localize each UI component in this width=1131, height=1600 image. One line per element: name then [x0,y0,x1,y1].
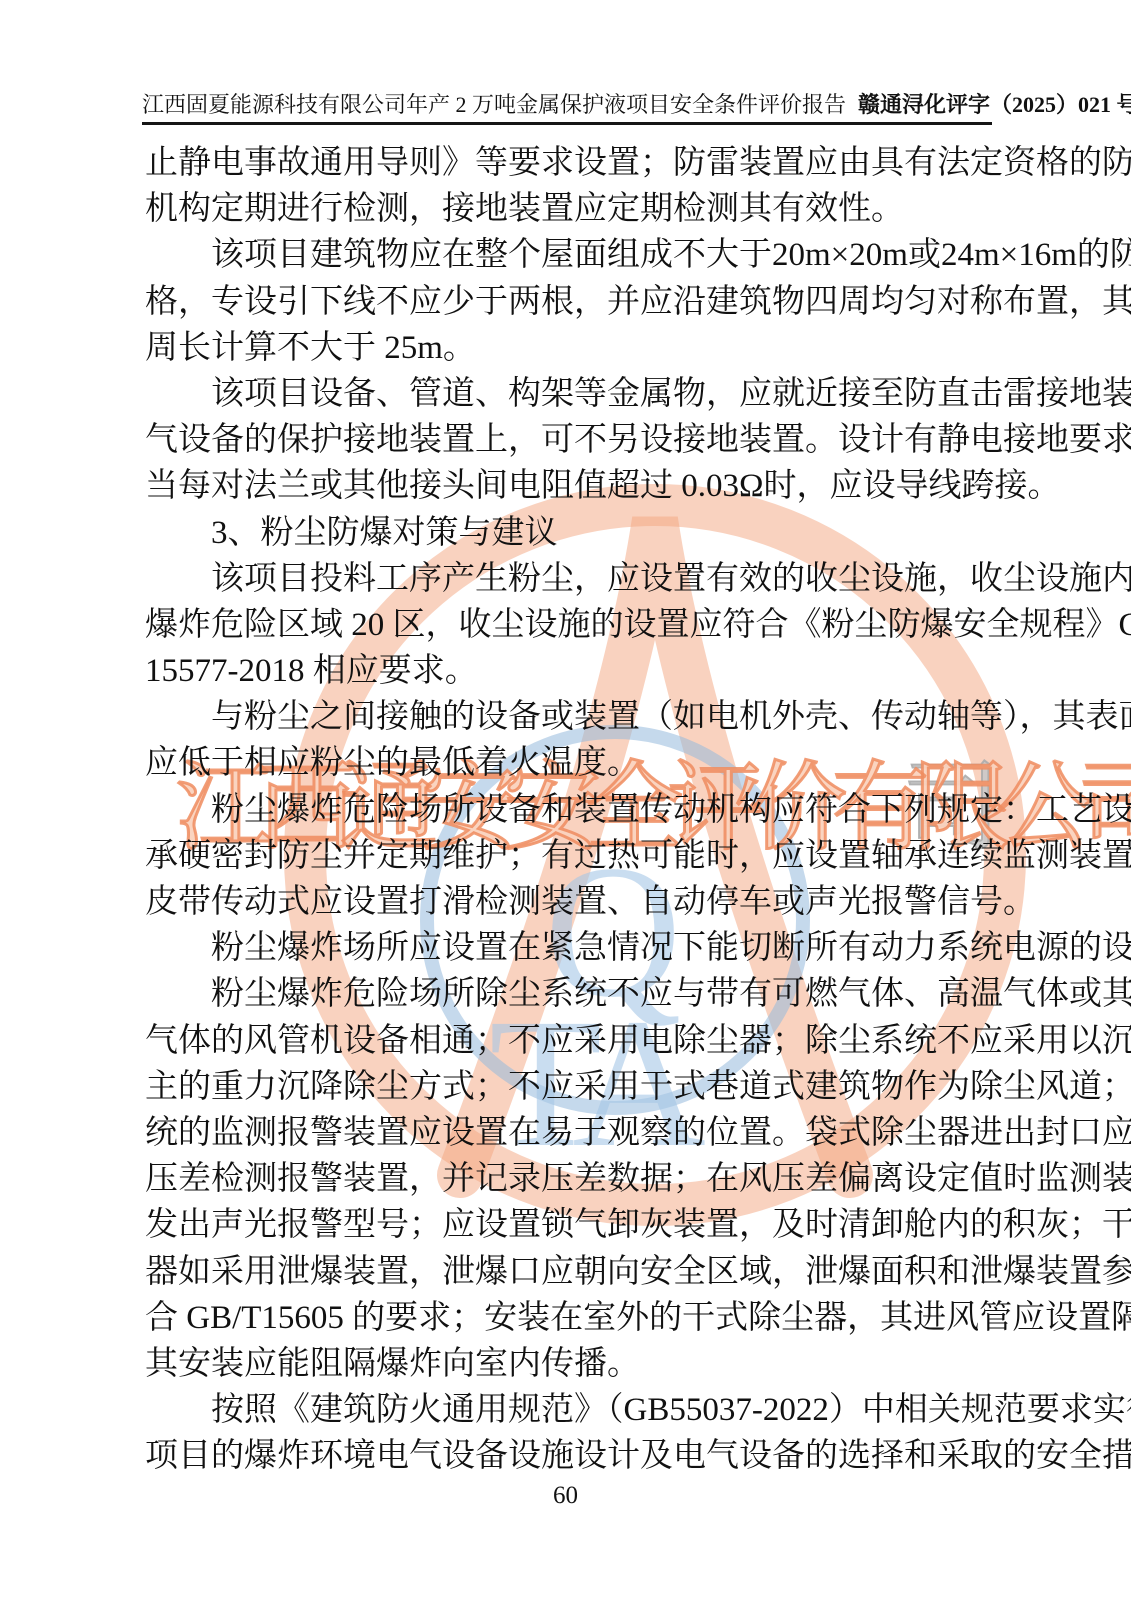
body-text-line: 发出声光报警型号；应设置锁气卸灰装置，及时清卸舱内的积灰；干式除尘 [145,1202,991,1248]
body-text-line: 粉尘爆炸危险场所除尘系统不应与带有可燃气体、高温气体或其他工业 [145,971,991,1017]
body-text-line: 主的重力沉降除尘方式；不应采用干式巷道式建筑物作为除尘风道；除尘系 [145,1064,991,1110]
body-text-line: 器如采用泄爆装置，泄爆口应朝向安全区域，泄爆面积和泄爆装置参数应符 [145,1249,991,1295]
body-text-line: 粉尘爆炸危险场所设备和装置传动机构应符合下列规定：工艺设备的轴 [145,787,991,833]
body-text-line: 该项目建筑物应在整个屋面组成不大于20m×20m或24m×16m的防雷网 [145,232,991,278]
body-text-line: 项目的爆炸环境电气设备设施设计及电气设备的选择和采取的安全措施拟 [145,1433,991,1479]
body-text-line: 机构定期进行检测，接地装置应定期检测其有效性。 [145,186,991,232]
body-text-line: 其安装应能阻隔爆炸向室内传播。 [145,1341,991,1387]
body-text-line: 格，专设引下线不应少于两根，并应沿建筑物四周均匀对称布置，其间距沿 [145,279,991,325]
body-text-line: 粉尘爆炸场所应设置在紧急情况下能切断所有动力系统电源的设施。 [145,925,991,971]
body-text-line: 15577-2018 相应要求。 [145,648,991,694]
body-text-line: 气设备的保护接地装置上，可不另设接地装置。设计有静电接地要求的管道， [145,417,991,463]
body-text-line: 按照《建筑防火通用规范》（GB55037-2022）中相关规范要求实行。该 [145,1387,991,1433]
document-number: 赣通浔化评字（2025）021 号 [858,92,1131,118]
body-text-line: 承硬密封防尘并定期维护；有过热可能时，应设置轴承连续监测装置；适用 [145,833,991,879]
body-text-line: 止静电事故通用导则》等要求设置；防雷装置应由具有法定资格的防雷检测 [145,140,991,186]
body-text-line: 3、粉尘防爆对策与建议 [145,510,991,556]
document-page: Q TA 司 江西通安安全评价有限公司 江西固夏能源科技有限公司年产 2 万吨金… [0,0,1131,1600]
body-text-line: 与粉尘之间接触的设备或装置（如电机外壳、传动轴等），其表面温度 [145,694,991,740]
body-text-line: 合 GB/T15605 的要求；安装在室外的干式除尘器，其进风管应设置隔爆阀， [145,1295,991,1341]
body-text-line: 该项目投料工序产生粉尘，应设置有效的收尘设施，收尘设施内部属于 [145,556,991,602]
body-text-line: 压差检测报警装置，并记录压差数据；在风压差偏离设定值时监测装置应能 [145,1156,991,1202]
body-text-line: 该项目设备、管道、构架等金属物，应就近接至防直击雷接地装置或电 [145,371,991,417]
body-text: 止静电事故通用导则》等要求设置；防雷装置应由具有法定资格的防雷检测机构定期进行检… [145,140,991,1479]
page-content: 江西固夏能源科技有限公司年产 2 万吨金属保护液项目安全条件评价报告 赣通浔化评… [0,0,1131,1600]
body-text-line: 爆炸危险区域 20 区，收尘设施的设置应符合《粉尘防爆安全规程》GB [145,602,991,648]
body-text-line: 气体的风管机设备相通；不应采用电除尘器；除尘系统不应采用以沉降室为 [145,1018,991,1064]
body-text-line: 统的监测报警装置应设置在易于观察的位置。袋式除尘器进出封口应设置风 [145,1110,991,1156]
body-text-line: 皮带传动式应设置打滑检测装置、自动停车或声光报警信号。 [145,879,991,925]
report-title: 江西固夏能源科技有限公司年产 2 万吨金属保护液项目安全条件评价报告 [142,92,846,118]
page-header: 江西固夏能源科技有限公司年产 2 万吨金属保护液项目安全条件评价报告 赣通浔化评… [142,92,992,125]
body-text-line: 应低于相应粉尘的最低着火温度。 [145,740,991,786]
body-text-line: 周长计算不大于 25m。 [145,325,991,371]
page-number: 60 [0,1482,1131,1510]
body-text-line: 当每对法兰或其他接头间电阻值超过 0.03Ω时，应设导线跨接。 [145,463,991,509]
